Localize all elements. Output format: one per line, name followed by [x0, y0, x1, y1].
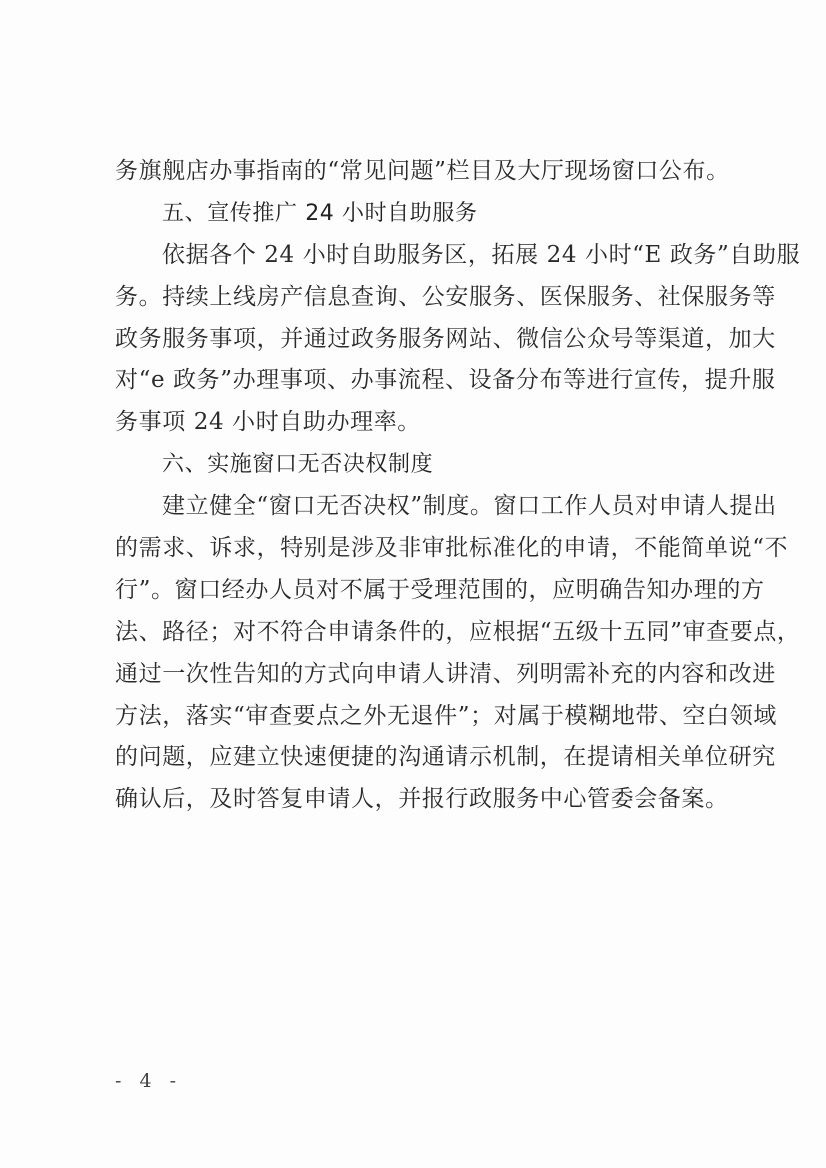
text-line: 方法，落实“审查要点之外无退件”；对属于模糊地带、空白领域 — [115, 696, 725, 738]
text-line: 的问题，应建立快速便捷的沟通请示机制，在提请相关单位研究 — [115, 737, 725, 779]
section-heading-5: 五、宣传推广 24 小时自助服务 — [115, 193, 725, 235]
text-line: 建立健全“窗口无否决权”制度。窗口工作人员对申请人提出 — [115, 486, 725, 528]
text-line: 务。持续上线房产信息查询、公安服务、医保服务、社保服务等 — [115, 277, 725, 319]
text-line: 政务服务事项，并通过政务服务网站、微信公众号等渠道，加大 — [115, 319, 725, 361]
text-line: 务旗舰店办事指南的“常见问题”栏目及大厅现场窗口公布。 — [115, 151, 725, 193]
text-line: 对“e 政务”办理事项、办事流程、设备分布等进行宣传，提升服 — [115, 360, 725, 402]
text-line: 确认后，及时答复申请人，并报行政服务中心管委会备案。 — [115, 779, 725, 821]
text-line: 通过一次性告知的方式向申请人讲清、列明需补充的内容和改进 — [115, 654, 725, 696]
text-line: 依据各个 24 小时自助服务区，拓展 24 小时“E 政务”自助服 — [115, 235, 725, 277]
text-line: 务事项 24 小时自助办理率。 — [115, 402, 725, 444]
document-body: 务旗舰店办事指南的“常见问题”栏目及大厅现场窗口公布。 五、宣传推广 24 小时… — [115, 151, 725, 821]
text-line: 行”。窗口经办人员对不属于受理范围的，应明确告知办理的方 — [115, 570, 725, 612]
text-line: 法、路径；对不符合申请条件的，应根据“五级十五同”审查要点， — [115, 612, 725, 654]
section-heading-6: 六、实施窗口无否决权制度 — [115, 444, 725, 486]
text-line: 的需求、诉求，特别是涉及非审批标准化的申请，不能简单说“不 — [115, 528, 725, 570]
page-number: - 4 - — [115, 1070, 182, 1092]
document-page: 务旗舰店办事指南的“常见问题”栏目及大厅现场窗口公布。 五、宣传推广 24 小时… — [0, 0, 826, 1168]
